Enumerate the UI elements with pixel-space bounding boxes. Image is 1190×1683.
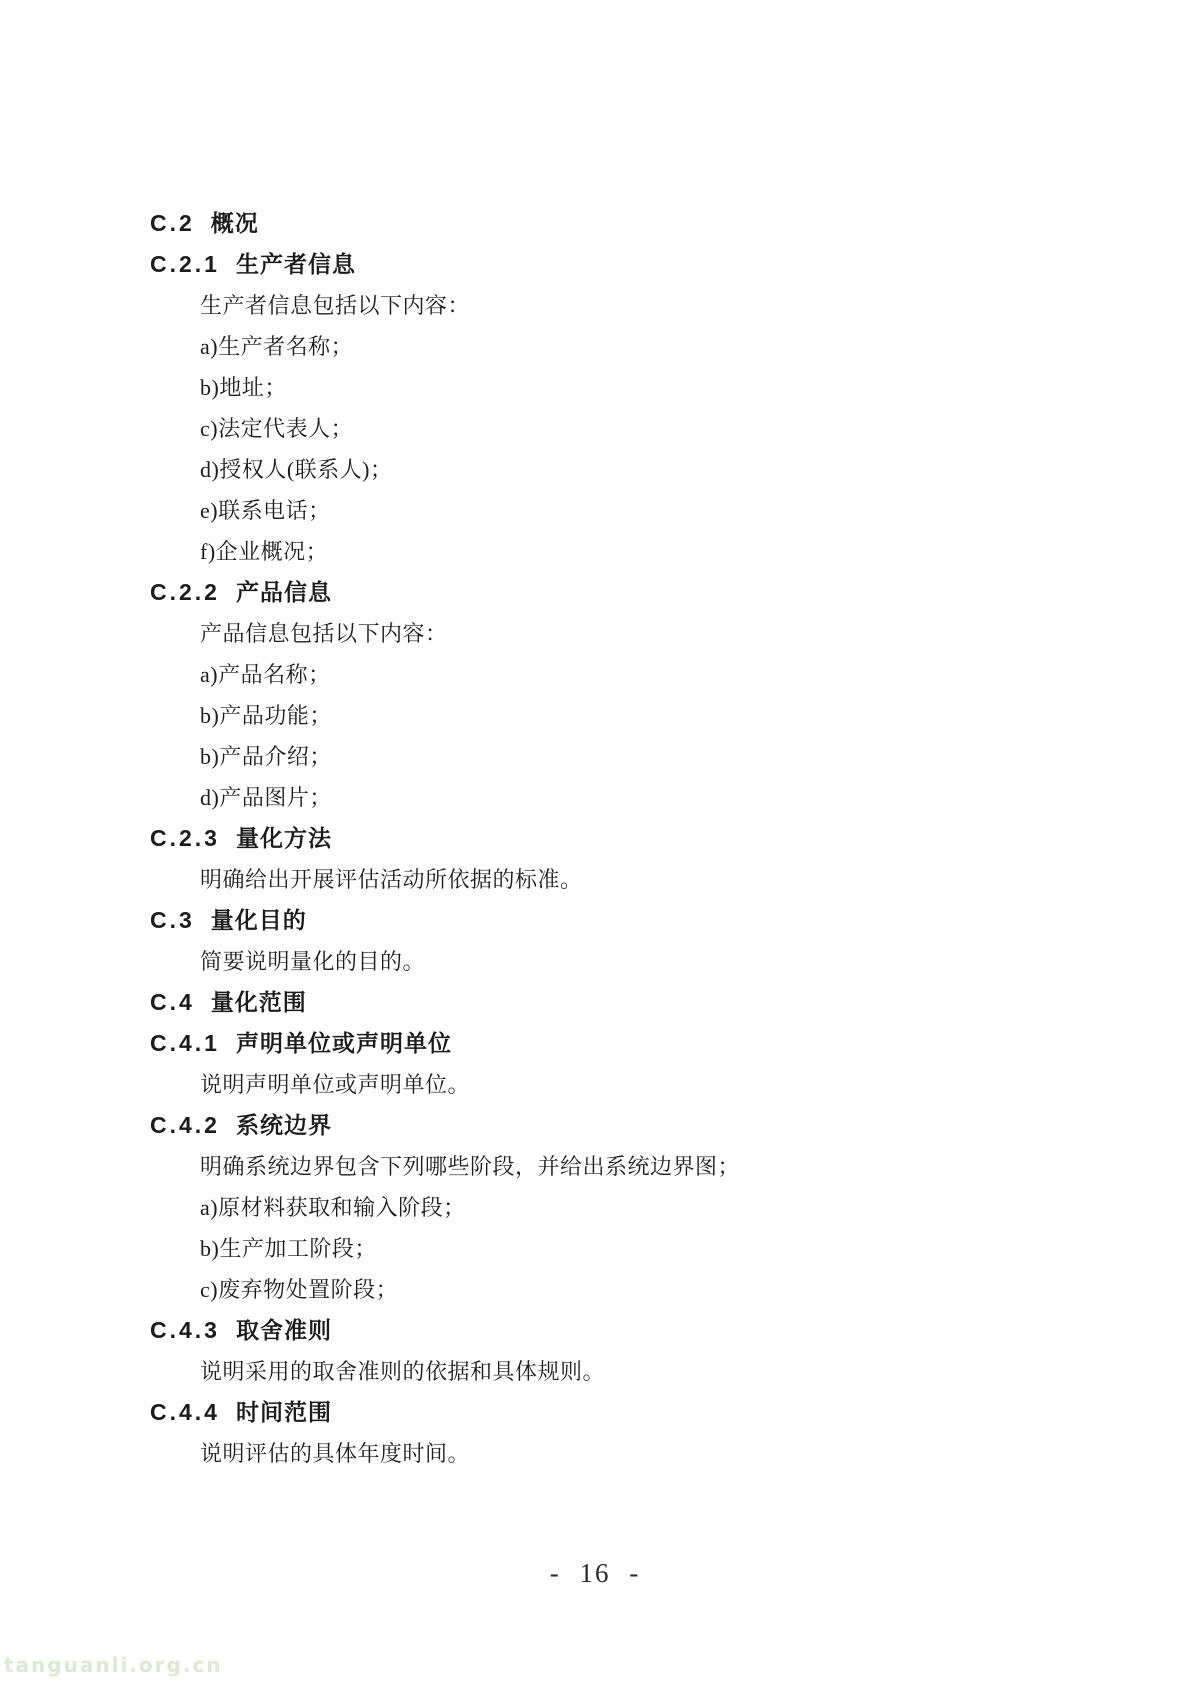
page-number: - 16 - <box>0 1558 1190 1589</box>
section-heading: C.2概况 <box>150 203 1110 244</box>
paragraph: 说明评估的具体年度时间。 <box>150 1433 1110 1474</box>
heading-number: C.4.2 <box>150 1112 220 1138</box>
heading-number: C.2.3 <box>150 825 220 851</box>
paragraph: e)联系电话； <box>150 490 1110 531</box>
heading-title: 系统边界 <box>236 1112 332 1138</box>
paragraph: 产品信息包括以下内容： <box>150 613 1110 654</box>
heading-number: C.2.2 <box>150 579 220 605</box>
section-heading: C.4量化范围 <box>150 982 1110 1023</box>
document-page: C.2概况C.2.1生产者信息生产者信息包括以下内容：a)生产者名称；b)地址；… <box>0 0 1190 1683</box>
heading-title: 时间范围 <box>236 1399 332 1425</box>
paragraph: b)生产加工阶段； <box>150 1228 1110 1269</box>
heading-number: C.4.1 <box>150 1030 220 1056</box>
section-heading: C.4.4时间范围 <box>150 1392 1110 1433</box>
heading-number: C.3 <box>150 907 195 933</box>
heading-number: C.2.1 <box>150 251 220 277</box>
watermark: tanguanli.org.cn <box>4 1653 223 1677</box>
heading-title: 产品信息 <box>236 579 332 605</box>
paragraph: d)授权人(联系人)； <box>150 449 1110 490</box>
paragraph: b)产品功能； <box>150 695 1110 736</box>
heading-number: C.2 <box>150 210 195 236</box>
paragraph: d)产品图片； <box>150 777 1110 818</box>
paragraph: f)企业概况； <box>150 531 1110 572</box>
section-heading: C.4.2系统边界 <box>150 1105 1110 1146</box>
section-heading: C.3量化目的 <box>150 900 1110 941</box>
section-heading: C.2.1生产者信息 <box>150 244 1110 285</box>
heading-number: C.4 <box>150 989 195 1015</box>
section-heading: C.2.2产品信息 <box>150 572 1110 613</box>
heading-title: 量化方法 <box>236 825 332 851</box>
paragraph: 说明采用的取舍准则的依据和具体规则。 <box>150 1351 1110 1392</box>
paragraph: 明确系统边界包含下列哪些阶段，并给出系统边界图； <box>150 1146 1110 1187</box>
paragraph: 简要说明量化的目的。 <box>150 941 1110 982</box>
section-heading: C.4.3取舍准则 <box>150 1310 1110 1351</box>
paragraph: a)产品名称； <box>150 654 1110 695</box>
paragraph: 说明声明单位或声明单位。 <box>150 1064 1110 1105</box>
heading-number: C.4.4 <box>150 1399 220 1425</box>
paragraph: a)生产者名称； <box>150 326 1110 367</box>
paragraph: b)地址； <box>150 367 1110 408</box>
paragraph: 生产者信息包括以下内容： <box>150 285 1110 326</box>
paragraph: a)原材料获取和输入阶段； <box>150 1187 1110 1228</box>
section-heading: C.2.3量化方法 <box>150 818 1110 859</box>
paragraph: b)产品介绍； <box>150 736 1110 777</box>
document-body: C.2概况C.2.1生产者信息生产者信息包括以下内容：a)生产者名称；b)地址；… <box>150 203 1110 1474</box>
heading-title: 概况 <box>211 210 259 236</box>
section-heading: C.4.1声明单位或声明单位 <box>150 1023 1110 1064</box>
heading-title: 量化目的 <box>211 907 307 933</box>
heading-title: 量化范围 <box>211 989 307 1015</box>
heading-title: 生产者信息 <box>236 251 356 277</box>
heading-number: C.4.3 <box>150 1317 220 1343</box>
paragraph: c)法定代表人； <box>150 408 1110 449</box>
paragraph: c)废弃物处置阶段； <box>150 1269 1110 1310</box>
paragraph: 明确给出开展评估活动所依据的标准。 <box>150 859 1110 900</box>
heading-title: 声明单位或声明单位 <box>236 1030 452 1056</box>
heading-title: 取舍准则 <box>236 1317 332 1343</box>
